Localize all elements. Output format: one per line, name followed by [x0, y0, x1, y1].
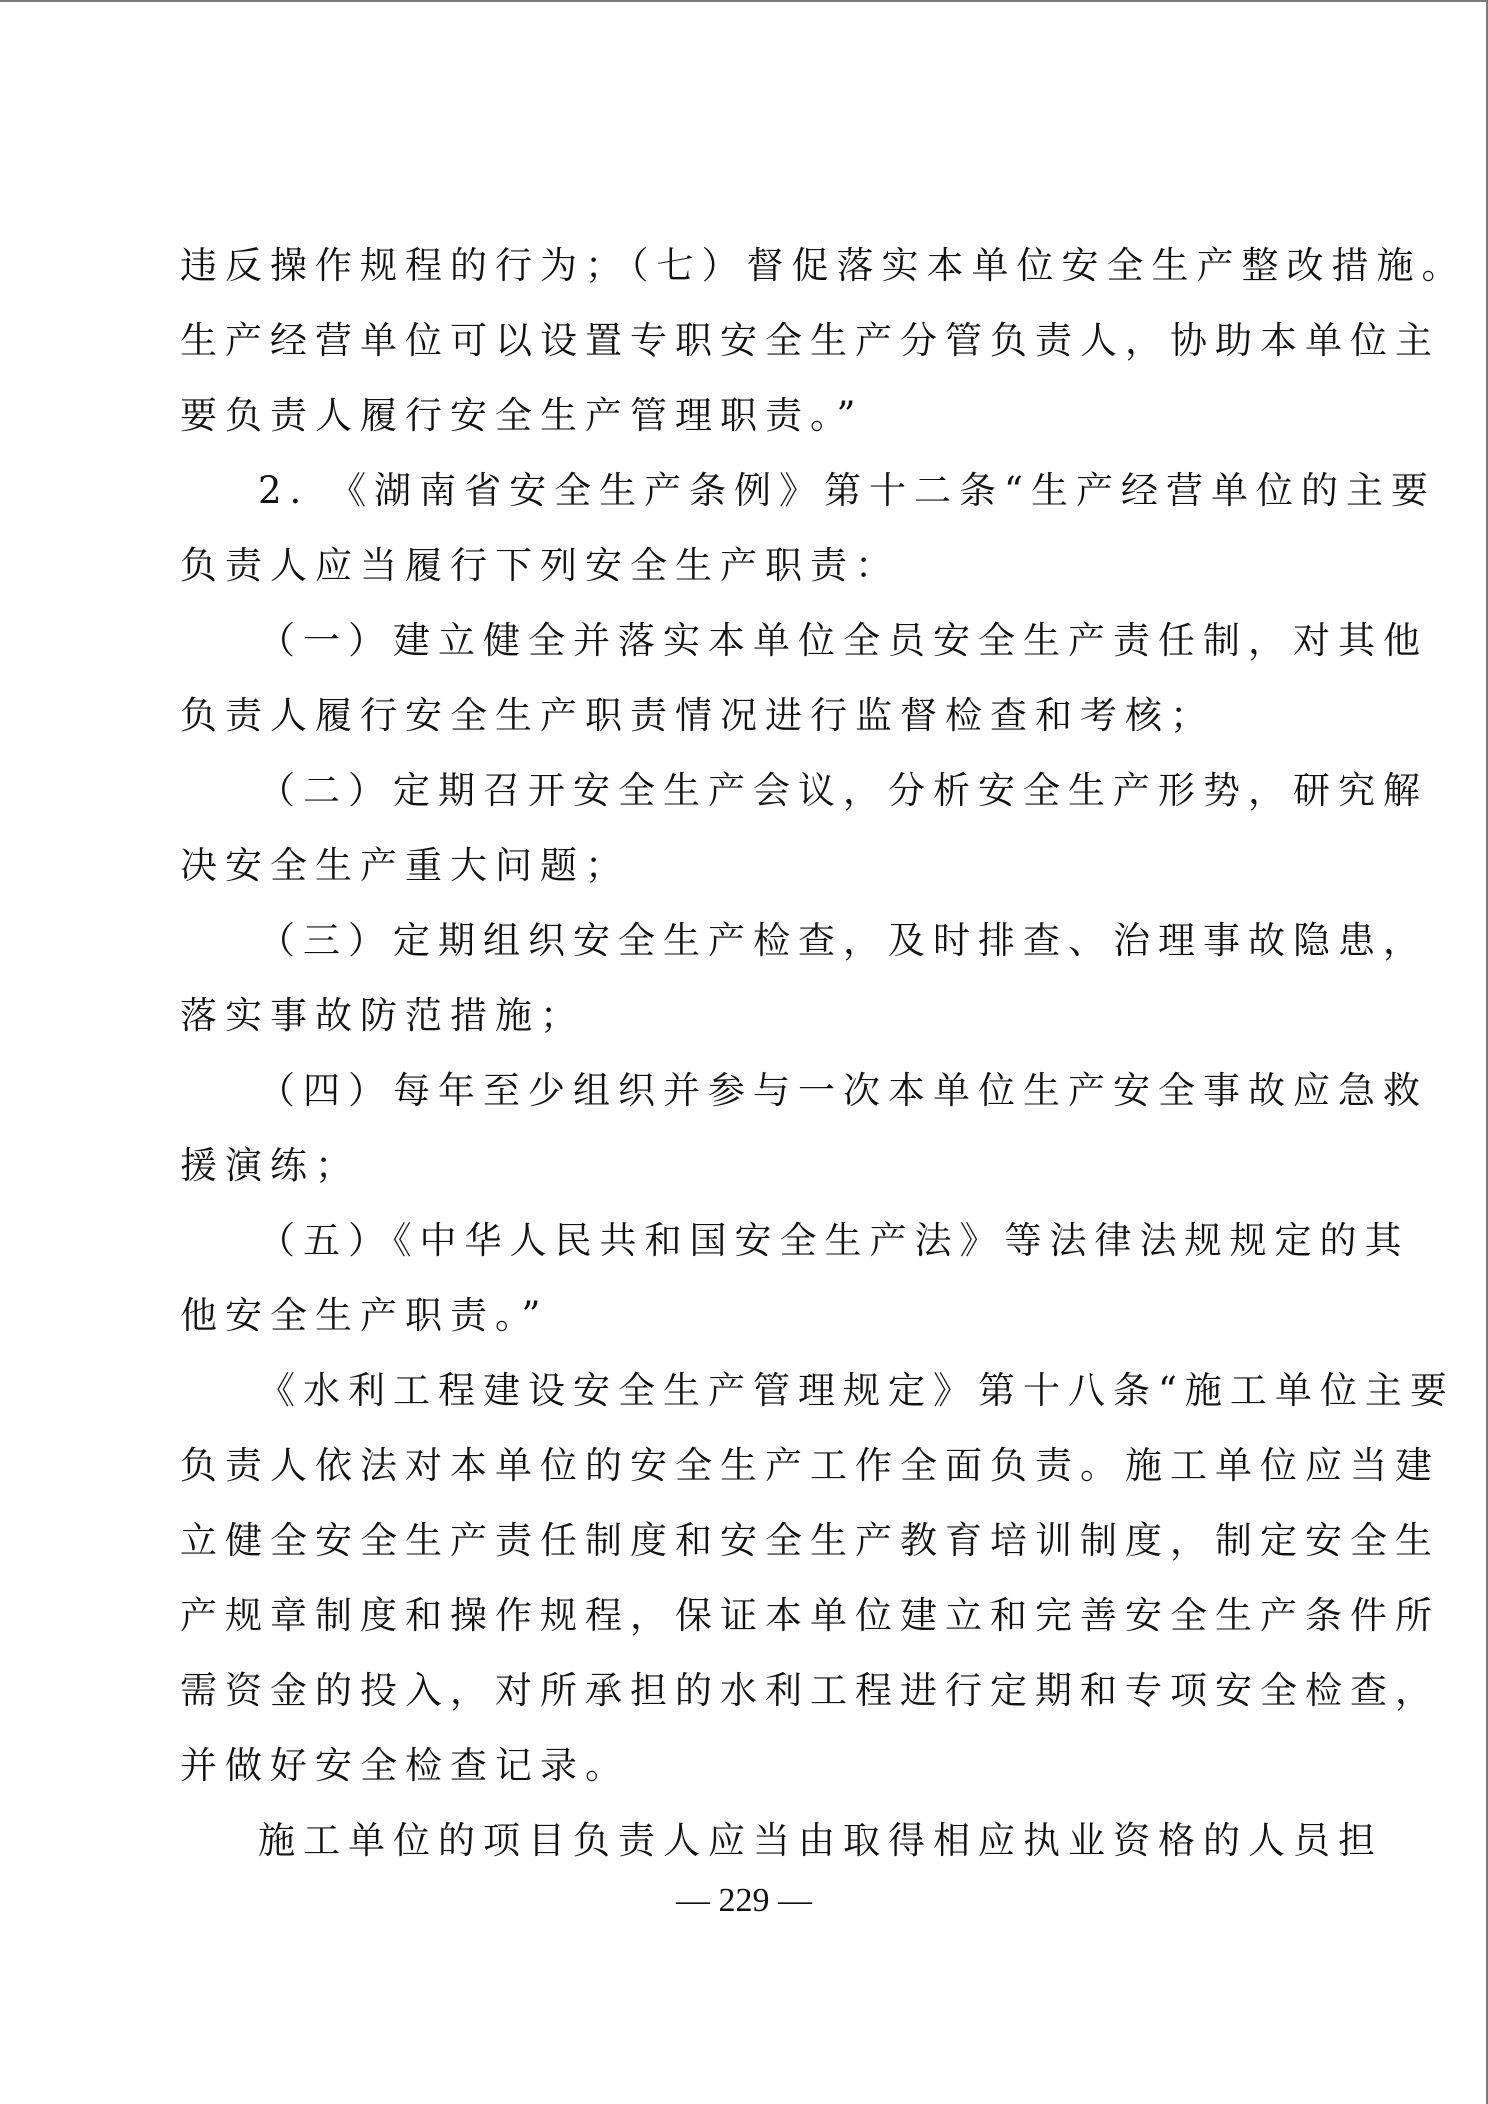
text-line: 2. 《湖南省安全生产条例》第十二条“生产经营单位的主要: [180, 453, 1308, 528]
text-line: 立健全安全生产责任制度和安全生产教育培训制度，制定安全生: [180, 1503, 1308, 1578]
text-line: 他安全生产职责。”: [180, 1278, 1308, 1353]
text-line: 违反操作规程的行为；（七）督促落实本单位安全生产整改措施。: [180, 228, 1308, 303]
paragraph-item-one: （一）建立健全并落实本单位全员安全生产责任制，对其他 负责人履行安全生产职责情况…: [180, 603, 1308, 753]
text-line: 要负责人履行安全生产管理职责。”: [180, 378, 1308, 453]
text-line: （一）建立健全并落实本单位全员安全生产责任制，对其他: [180, 603, 1308, 678]
paragraph-item-two: （二）定期召开安全生产会议，分析安全生产形势，研究解 决安全生产重大问题；: [180, 753, 1308, 903]
paragraph-project-leader: 施工单位的项目负责人应当由取得相应执业资格的人员担: [180, 1803, 1308, 1878]
text-line: （四）每年至少组织并参与一次本单位生产安全事故应急救: [180, 1053, 1308, 1128]
text-line: （二）定期召开安全生产会议，分析安全生产形势，研究解: [180, 753, 1308, 828]
paragraph-item-five: （五）《中华人民共和国安全生产法》等法律法规规定的其 他安全生产职责。”: [180, 1203, 1308, 1353]
text-line: 落实事故防范措施；: [180, 978, 1308, 1053]
paragraph-hunan-regulation: 2. 《湖南省安全生产条例》第十二条“生产经营单位的主要 负责人应当履行下列安全…: [180, 453, 1308, 603]
text-line: 《水利工程建设安全生产管理规定》第十八条“施工单位主要: [180, 1353, 1308, 1428]
text-line: 并做好安全检查记录。: [180, 1728, 1308, 1803]
text-line: （五）《中华人民共和国安全生产法》等法律法规规定的其: [180, 1203, 1308, 1278]
text-line: 需资金的投入，对所承担的水利工程进行定期和专项安全检查，: [180, 1653, 1308, 1728]
body-text: 违反操作规程的行为；（七）督促落实本单位安全生产整改措施。 生产经营单位可以设置…: [180, 228, 1308, 1878]
paragraph-water-conservancy-regulation: 《水利工程建设安全生产管理规定》第十八条“施工单位主要 负责人依法对本单位的安全…: [180, 1353, 1308, 1803]
text-line: 负责人履行安全生产职责情况进行监督检查和考核；: [180, 678, 1308, 753]
text-line: 施工单位的项目负责人应当由取得相应执业资格的人员担: [180, 1803, 1308, 1878]
text-line: 产规章制度和操作规程，保证本单位建立和完善安全生产条件所: [180, 1578, 1308, 1653]
page-number: — 229 —: [0, 1882, 1488, 1920]
paragraph-item-four: （四）每年至少组织并参与一次本单位生产安全事故应急救 援演练；: [180, 1053, 1308, 1203]
paragraph-duty-seven: 违反操作规程的行为；（七）督促落实本单位安全生产整改措施。 生产经营单位可以设置…: [180, 228, 1308, 453]
document-page: 违反操作规程的行为；（七）督促落实本单位安全生产整改措施。 生产经营单位可以设置…: [0, 0, 1488, 2104]
text-line: （三）定期组织安全生产检查，及时排查、治理事故隐患，: [180, 903, 1308, 978]
text-line: 负责人依法对本单位的安全生产工作全面负责。施工单位应当建: [180, 1428, 1308, 1503]
paragraph-item-three: （三）定期组织安全生产检查，及时排查、治理事故隐患， 落实事故防范措施；: [180, 903, 1308, 1053]
text-line: 生产经营单位可以设置专职安全生产分管负责人，协助本单位主: [180, 303, 1308, 378]
text-line: 决安全生产重大问题；: [180, 828, 1308, 903]
text-line: 负责人应当履行下列安全生产职责：: [180, 528, 1308, 603]
text-line: 援演练；: [180, 1128, 1308, 1203]
